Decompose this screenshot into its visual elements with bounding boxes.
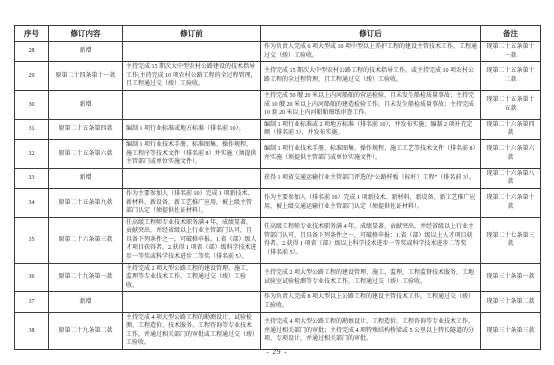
cell-content: 原第二十六条第三款 — [49, 217, 123, 263]
cell-before: 任高级工程师专业技术职务满 4 年，成绩显著，贡献突出，并经省级以上行业主管部门… — [123, 217, 261, 263]
cell-seq: 32 — [15, 139, 49, 168]
cell-after: 作为主要参加人（排名前 10）完成 1 项新技术、新材料、新设备、新工艺推广应用… — [261, 188, 481, 217]
cell-seq: 38 — [15, 312, 49, 349]
cell-after: 主持完成 15 期次大中型农村公路工程的技术指导工作，或主持完成 10 项农村公… — [261, 62, 481, 91]
cell-note: 现第二十六条第四款 — [481, 119, 541, 139]
cell-after: 主持完成 2 项大型公路工程的建设管理、施工、监理、工程监督技术服务、工地试验室… — [261, 263, 481, 292]
cell-content: 原第二十五条第四款 — [49, 119, 123, 139]
cell-content: 原第二十五条第六款 — [49, 139, 123, 168]
cell-after: 编制 1 项行业技术手册、标准图集、操作规程、施工工艺等技术文件（排名前 8）并… — [261, 139, 481, 168]
cell-note: 现第二十六条第六款 — [481, 139, 541, 168]
table-row: 36原第二十九条第一款主持完成 2 项大型公路工程的建设管理、施工、监理等专业技… — [15, 263, 541, 292]
cell-seq: 30 — [15, 90, 49, 119]
revision-table: 序号 修订内容 修订前 修订后 备注 28新增作为负责人完成 6 项大型或 10… — [14, 25, 541, 350]
table-row: 37新增作为负责人完成 8 项大型以上公路工程的建设主管技术工作，工程通过交（竣… — [15, 292, 541, 312]
cell-note: 现第二十六条第十款 — [481, 188, 541, 217]
header-content: 修订内容 — [49, 26, 123, 42]
cell-content: 新增 — [49, 42, 123, 62]
page-number: - 29 - — [0, 348, 554, 356]
cell-before — [123, 90, 261, 119]
header-row: 序号 修订内容 修订前 修订后 备注 — [15, 26, 541, 42]
header-note: 备注 — [481, 26, 541, 42]
table-row: 32原第二十五条第六款编制 1 项行业技术手册、标准图集、操作规程、施工程序等技… — [15, 139, 541, 168]
cell-before: 作为主要参加人（排名前 10）完成 1 项新技术、新材料、新设备、新工艺推广应用… — [123, 188, 261, 217]
cell-before: 编制 1 项行业技术手册、标准图集、操作规程、施工程序等技术文件（排名前 8）并… — [123, 139, 261, 168]
cell-seq: 36 — [15, 263, 49, 292]
cell-after: 主持完成 50 艘 20 米以上内河船舶的营运检验，且未发生船检质量事故；主持完… — [261, 90, 481, 119]
cell-content: 新增 — [49, 168, 123, 188]
cell-note: 现第二十五条第十五款 — [481, 90, 541, 119]
cell-before: 主持完成 4 项大型公路工程的勘测设计、试验检测、工程造价、技术服务、工程咨询等… — [123, 312, 261, 349]
cell-before — [123, 42, 261, 62]
cell-before — [123, 168, 261, 188]
cell-note: 现第三十条第三款 — [481, 312, 541, 349]
cell-content: 原第二十九条第一款 — [49, 263, 123, 292]
cell-note: 现第二十五条第十二款 — [481, 62, 541, 91]
cell-after: 编制 1 项行业标准或 2 项地方标准（排名前 10），并发布实施；编制 2 项… — [261, 119, 481, 139]
cell-content: 原第二十九条第二款 — [49, 312, 123, 349]
revision-table-header: 序号 修订内容 修订前 修订后 备注 — [15, 26, 541, 42]
cell-before: 主持完成 2 项大型公路工程的建设管理、施工、监理等专业技术工作，工程通过交（竣… — [123, 263, 261, 292]
header-before: 修订前 — [123, 26, 261, 42]
cell-content: 原第二十四条第十一款 — [49, 62, 123, 91]
table-row: 34原第二十五条第九款作为主要参加人（排名前 10）完成 1 项新技术、新材料、… — [15, 188, 541, 217]
cell-seq: 31 — [15, 119, 49, 139]
cell-seq: 33 — [15, 168, 49, 188]
table-row: 35原第二十六条第三款任高级工程师专业技术职务满 4 年，成绩显著，贡献突出，并… — [15, 217, 541, 263]
cell-seq: 28 — [15, 42, 49, 62]
cell-after: 任高级工程师专业技术职务满 4 年，成绩显著、贡献突出，并经省级以上行业主管部门… — [261, 217, 481, 263]
table-row: 28新增作为负责人完成 6 项大型或 10 项中型以上养护工程的建设主管技术工作… — [15, 42, 541, 62]
cell-note: 现第二十五条第十一款 — [481, 42, 541, 62]
table-row: 38原第二十九条第二款主持完成 4 项大型公路工程的勘测设计、试验检测、工程造价… — [15, 312, 541, 349]
table-row: 33新增获得 1 项省交通运输行业主管部门评选的“公路样板（标杆）工程”（排名前… — [15, 168, 541, 188]
cell-before: 编制 1 项行业标准或地方标准（排名前 10）。 — [123, 119, 261, 139]
document-page: 序号 修订内容 修订前 修订后 备注 28新增作为负责人完成 6 项大型或 10… — [0, 0, 554, 365]
cell-note: 现第二十六条第八款 — [481, 168, 541, 188]
revision-table-body: 28新增作为负责人完成 6 项大型或 10 项中型以上养护工程的建设主管技术工作… — [15, 42, 541, 350]
cell-after: 作为负责人完成 8 项大型以上公路工程的建设主管技术工作，工程通过交（竣）工验收… — [261, 292, 481, 312]
cell-seq: 35 — [15, 217, 49, 263]
cell-note: 现第二十七条第三款 — [481, 217, 541, 263]
cell-note: 现第三十条第一款 — [481, 263, 541, 292]
table-row: 31原第二十五条第四款编制 1 项行业标准或地方标准（排名前 10）。编制 1 … — [15, 119, 541, 139]
cell-after: 主持完成 4 项大型公路工程的勘察设计、工程造价、工程咨询等专业技术工作，并通过… — [261, 312, 481, 349]
cell-after: 作为负责人完成 6 项大型或 10 项中型以上养护工程的建设主管技术工作，工程通… — [261, 42, 481, 62]
cell-seq: 37 — [15, 292, 49, 312]
cell-seq: 34 — [15, 188, 49, 217]
cell-content: 原第二十五条第九款 — [49, 188, 123, 217]
cell-after: 获得 1 项省交通运输行业主管部门评选的“公路样板（标杆）工程”（排名前 3）。 — [261, 168, 481, 188]
table-row: 30新增主持完成 50 艘 20 米以上内河船舶的营运检验，且未发生船检质量事故… — [15, 90, 541, 119]
table-row: 29原第二十四条第十一款主持完成 15 期次大中型农村公路建设的技术指导工作;主… — [15, 62, 541, 91]
header-after: 修订后 — [261, 26, 481, 42]
header-seq: 序号 — [15, 26, 49, 42]
cell-before: 主持完成 15 期次大中型农村公路建设的技术指导工作;主持完成 10 项农村公路… — [123, 62, 261, 91]
cell-content: 新增 — [49, 90, 123, 119]
cell-before — [123, 292, 261, 312]
cell-note: 现第三十条第二款 — [481, 292, 541, 312]
cell-content: 新增 — [49, 292, 123, 312]
cell-seq: 29 — [15, 62, 49, 91]
